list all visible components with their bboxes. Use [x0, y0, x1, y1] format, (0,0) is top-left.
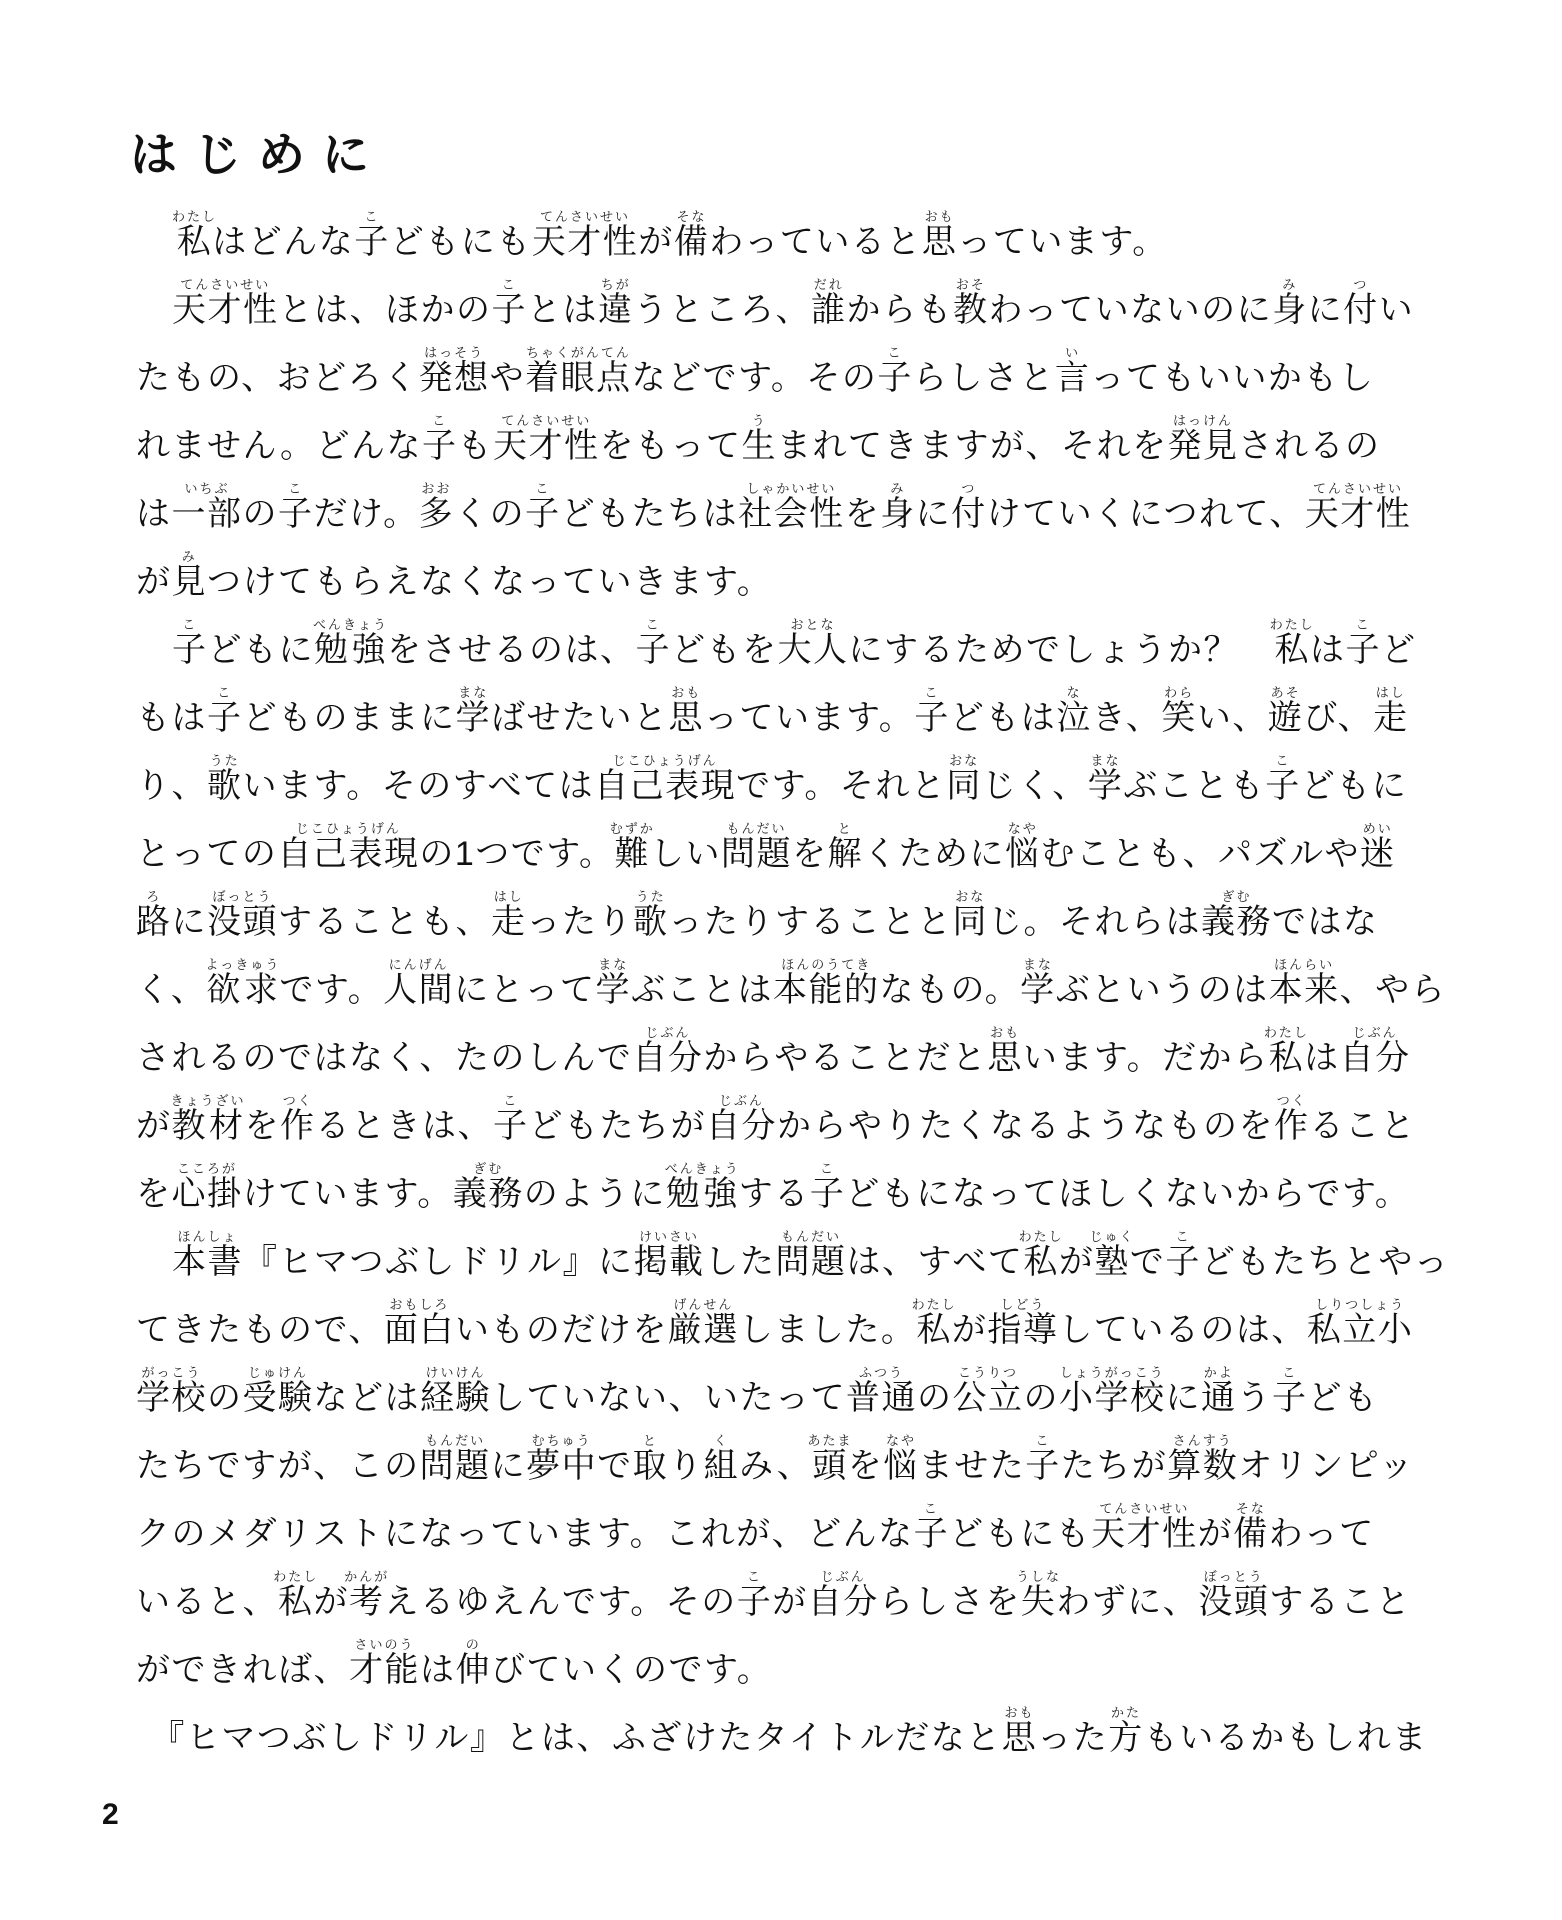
- text-line: たもの、おどろく発想はっそうや着眼点ちゃくがんてんなどです。その子こらしさと言い…: [136, 344, 1446, 412]
- text-line: 本書ほんしょ『ヒマつぶしドリル』に掲載けいさいした問題もんだいは、すべて私わたし…: [136, 1228, 1446, 1296]
- text-segment: ど: [1381, 631, 1417, 669]
- ruby-annotated-word: 歌うた: [207, 767, 243, 805]
- ruby-annotated-word: 心掛こころが: [172, 1175, 243, 1213]
- ruby-annotated-word: 備そな: [674, 223, 710, 261]
- ruby-annotated-word: 私わたし: [1023, 1243, 1059, 1281]
- ruby-annotated-word: 子こ: [1265, 767, 1301, 805]
- ruby-annotated-word: 解と: [828, 835, 864, 873]
- text-line: てきたもので、面白おもしろいものだけを厳選げんせんしました。私わたしが指導しどう…: [136, 1296, 1446, 1364]
- ruby-annotated-word: 子こ: [422, 427, 458, 465]
- text-segment: に: [1166, 1379, 1202, 1417]
- text-segment: ったりすることと: [669, 903, 953, 941]
- text-segment: しい: [650, 835, 721, 873]
- text-segment: は: [1304, 1039, 1340, 1077]
- text-line: されるのではなく、たのしんで自分じぶんからやることだと思おもいます。だから私わた…: [136, 1024, 1446, 1092]
- text-segment: どもにも: [949, 1515, 1091, 1553]
- ruby-annotated-word: 子こ: [1346, 631, 1382, 669]
- text-segment: つけてもらえなくなっていきます。: [207, 563, 772, 601]
- text-segment: が: [136, 1107, 172, 1145]
- text-segment: の: [243, 495, 279, 533]
- text-segment: の1つです。: [419, 835, 614, 873]
- text-segment: する: [739, 1175, 810, 1213]
- ruby-annotated-word: 悩なや: [883, 1447, 919, 1485]
- text-segment: だけ。: [314, 495, 419, 533]
- text-line: り、歌うたいます。そのすべては自己表現じこひょうげんです。それと同おなじく、学ま…: [136, 752, 1446, 820]
- text-segment: に: [491, 1447, 527, 1485]
- ruby-annotated-word: 難むずか: [615, 835, 651, 873]
- text-segment: らしさを: [879, 1583, 1021, 1621]
- text-segment: にとって: [454, 971, 595, 1009]
- ruby-annotated-word: 才能さいのう: [349, 1651, 420, 1689]
- text-segment: どものままに: [243, 699, 456, 737]
- text-segment: もいるかもしれま: [1144, 1719, 1428, 1757]
- ruby-annotated-word: 子こ: [207, 699, 243, 737]
- ruby-annotated-word: 発見はっけん: [1168, 427, 1239, 465]
- ruby-annotated-word: 取と: [633, 1447, 669, 1485]
- text-line: 路ろに没頭ぼっとうすることも、走はしったり歌うたったりすることと同おなじ。それら…: [136, 888, 1446, 956]
- text-segment: います。だから: [1023, 1039, 1269, 1077]
- ruby-annotated-word: 子こ: [278, 495, 314, 533]
- text-segment: ったり: [527, 903, 634, 941]
- ruby-annotated-word: 子こ: [354, 223, 390, 261]
- text-segment: びていくのです。: [491, 1651, 772, 1689]
- ruby-annotated-word: 頭あたま: [812, 1447, 848, 1485]
- text-line: とっての自己表現じこひょうげんの1つです。難むずかしい問題もんだいを解とくために…: [136, 820, 1446, 888]
- ruby-annotated-word: 夢中むちゅう: [526, 1447, 597, 1485]
- ruby-annotated-word: 伸の: [456, 1651, 492, 1689]
- ruby-annotated-word: 学まな: [456, 699, 492, 737]
- ruby-annotated-word: 学まな: [1088, 767, 1124, 805]
- text-segment: は: [1310, 631, 1346, 669]
- ruby-annotated-word: 子こ: [1272, 1379, 1308, 1417]
- text-line: は一部いちぶの子こだけ。多おおくの子こどもたちは社会性しゃかいせいを身みに付つけ…: [136, 480, 1446, 548]
- ruby-annotated-word: 歌うた: [633, 903, 669, 941]
- text-segment: どもに: [1301, 767, 1408, 805]
- book-page: はじめに 私わたしはどんな子こどもにも天才性てんさいせいが備そなわっていると思お…: [0, 0, 1562, 1920]
- text-segment: しました。: [739, 1311, 917, 1349]
- ruby-annotated-word: 生う: [742, 427, 778, 465]
- text-segment: をさせるのは、: [387, 631, 636, 669]
- ruby-annotated-word: 私立小しりつしょう: [1307, 1311, 1414, 1349]
- text-segment: けていくにつれて、: [987, 495, 1305, 533]
- text-segment: くために: [863, 835, 1005, 873]
- ruby-annotated-word: 学まな: [595, 971, 631, 1009]
- text-segment: も: [458, 427, 494, 465]
- text-line: 私わたしはどんな子こどもにも天才性てんさいせいが備そなわっていると思おもっていま…: [136, 208, 1446, 276]
- text-segment: わっていると: [709, 223, 922, 261]
- ruby-annotated-word: 自分じぶん: [1340, 1039, 1411, 1077]
- text-segment: が: [638, 223, 674, 261]
- text-segment: 『ヒマつぶしドリル』に: [243, 1243, 634, 1281]
- text-segment: く、: [136, 971, 206, 1009]
- ruby-annotated-word: 自分じぶん: [706, 1107, 777, 1145]
- text-line: たちですが、この問題もんだいに夢中むちゅうで取とり組くみ、頭あたまを悩なやませた…: [136, 1432, 1446, 1500]
- text-segment: が: [136, 563, 172, 601]
- text-segment: るときは、: [316, 1107, 494, 1145]
- ruby-annotated-word: 公立こうりつ: [953, 1379, 1024, 1417]
- text-segment: わずに、: [1056, 1583, 1198, 1621]
- text-segment: を: [792, 835, 828, 873]
- text-segment: はどんな: [212, 223, 354, 261]
- text-segment: からやりたくなるようなものを: [777, 1107, 1274, 1145]
- text-segment: を: [245, 1107, 281, 1145]
- ruby-annotated-word: 通かよ: [1201, 1379, 1237, 1417]
- text-segment: じく、: [982, 767, 1088, 805]
- ruby-annotated-word: 身み: [1272, 291, 1308, 329]
- ruby-annotated-word: 身み: [880, 495, 916, 533]
- text-segment: き、: [1092, 699, 1162, 737]
- text-segment: にするためでしょうか？: [849, 631, 1275, 669]
- text-segment: み、: [739, 1447, 812, 1485]
- text-segment: からも: [847, 291, 954, 329]
- page-title: はじめに: [130, 118, 386, 185]
- ruby-annotated-word: 作つく: [1274, 1107, 1310, 1145]
- ruby-annotated-word: 天才性てんさいせい: [532, 223, 639, 261]
- ruby-annotated-word: 厳選げんせん: [668, 1311, 739, 1349]
- ruby-annotated-word: 見み: [172, 563, 208, 601]
- text-segment: とっての: [136, 835, 277, 873]
- text-segment: まれてきますが、それを: [777, 427, 1168, 465]
- ruby-annotated-word: 迷めい: [1360, 835, 1396, 873]
- ruby-annotated-word: 言い: [1055, 359, 1091, 397]
- text-line: く、欲求よっきゅうです。人間にんげんにとって学まなぶことは本能的ほんのうてきなも…: [136, 956, 1446, 1024]
- text-segment: を: [136, 1175, 172, 1213]
- ruby-annotated-word: 塾じゅく: [1094, 1243, 1130, 1281]
- ruby-annotated-word: 子こ: [172, 631, 208, 669]
- text-segment: なもの。: [879, 971, 1020, 1009]
- text-line: クのメダリストになっています。これが、どんな子こどもにも天才性てんさいせいが備そ…: [136, 1500, 1446, 1568]
- ruby-annotated-word: 没頭ぼっとう: [207, 903, 278, 941]
- text-segment: されるの: [1239, 427, 1381, 465]
- text-segment: で: [1130, 1243, 1166, 1281]
- ruby-annotated-word: 小学校しょうがっこう: [1059, 1379, 1166, 1417]
- ruby-annotated-word: 着眼点ちゃくがんてん: [525, 359, 632, 397]
- ruby-annotated-word: 自分じぶん: [632, 1039, 703, 1077]
- text-segment: わって: [1269, 1515, 1375, 1553]
- text-segment: もは: [136, 699, 207, 737]
- ruby-annotated-word: 走はし: [491, 903, 527, 941]
- text-line: 『ヒマつぶしドリル』とは、ふざけたタイトルだなと思おもった方かたもいるかもしれま: [136, 1704, 1446, 1772]
- text-segment: うところ、: [634, 291, 812, 329]
- text-segment: たちですが、この: [136, 1447, 420, 1485]
- text-segment: とは: [527, 291, 598, 329]
- text-segment: は: [420, 1651, 456, 1689]
- ruby-annotated-word: 掲載けいさい: [634, 1243, 705, 1281]
- text-line: を心掛こころがけています。義務ぎむのように勉強べんきょうする子こどもになってほし…: [136, 1160, 1446, 1228]
- ruby-annotated-word: 子こ: [737, 1583, 773, 1621]
- text-segment: び、: [1303, 699, 1373, 737]
- text-segment: どもになってほしくないからです。: [845, 1175, 1410, 1213]
- text-segment: や: [490, 359, 526, 397]
- text-line: が教材きょうざいを作つくるときは、子こどもたちが自分じぶんからやりたくなるような…: [136, 1092, 1446, 1160]
- ruby-annotated-word: 面白おもしろ: [384, 1311, 455, 1349]
- text-segment: れません。どんな: [136, 427, 422, 465]
- ruby-annotated-word: 勉強べんきょう: [314, 631, 387, 669]
- ruby-annotated-word: 本来ほんらい: [1269, 971, 1340, 1009]
- text-segment: ること: [1310, 1107, 1417, 1145]
- text-segment: り、: [136, 767, 207, 805]
- ruby-annotated-word: 私わたし: [1269, 1039, 1305, 1077]
- text-segment: ではな: [1272, 903, 1379, 941]
- ruby-annotated-word: 教材きょうざい: [172, 1107, 245, 1145]
- ruby-annotated-word: 教おそ: [953, 291, 989, 329]
- text-line: が見みつけてもらえなくなっていきます。: [136, 548, 1446, 616]
- text-segment: い: [1379, 291, 1415, 329]
- ruby-annotated-word: 欲求よっきゅう: [206, 971, 279, 1009]
- text-segment: ってもいいかもし: [1090, 359, 1374, 397]
- ruby-annotated-word: 違ちが: [598, 291, 634, 329]
- text-segment: などは: [314, 1379, 421, 1417]
- text-segment: ばせたいと: [491, 699, 669, 737]
- text-segment: っています。: [957, 223, 1167, 261]
- ruby-annotated-word: 大人おとな: [778, 631, 849, 669]
- text-segment: くの: [454, 495, 525, 533]
- ruby-annotated-word: 思おも: [987, 1039, 1023, 1077]
- text-segment: どもたちは: [561, 495, 739, 533]
- ruby-annotated-word: 指導しどう: [987, 1311, 1058, 1349]
- ruby-annotated-word: 私わたし: [1275, 631, 1311, 669]
- ruby-annotated-word: 走はし: [1373, 699, 1409, 737]
- ruby-annotated-word: 思おも: [1002, 1719, 1038, 1757]
- ruby-annotated-word: 作つく: [280, 1107, 316, 1145]
- text-segment: に: [916, 495, 952, 533]
- text-segment: ども: [1308, 1379, 1379, 1417]
- ruby-annotated-word: 義務ぎむ: [453, 1175, 524, 1213]
- text-segment: です。それと: [736, 767, 946, 805]
- text-segment: ませた: [919, 1447, 1026, 1485]
- ruby-annotated-word: 同おな: [946, 767, 982, 805]
- ruby-annotated-word: 子こ: [493, 1107, 529, 1145]
- ruby-annotated-word: 自分じぶん: [808, 1583, 879, 1621]
- ruby-annotated-word: 発想はっそう: [419, 359, 490, 397]
- text-segment: からやることだと: [703, 1039, 987, 1077]
- ruby-annotated-word: 社会性しゃかいせい: [738, 495, 845, 533]
- ruby-annotated-word: 本能的ほんのうてき: [773, 971, 880, 1009]
- text-segment: することも、: [278, 903, 491, 941]
- text-segment: です。: [279, 971, 383, 1009]
- ruby-annotated-word: 子こ: [877, 359, 913, 397]
- ruby-annotated-word: 子こ: [492, 291, 528, 329]
- text-segment: っています。: [704, 699, 914, 737]
- ruby-annotated-word: 私わたし: [172, 223, 212, 261]
- text-segment: たもの、おどろく: [136, 359, 419, 397]
- text-segment: ぶことも: [1123, 767, 1265, 805]
- text-segment: ぶというのは: [1056, 971, 1269, 1009]
- body-text: 私わたしはどんな子こどもにも天才性てんさいせいが備そなわっていると思おもっていま…: [136, 208, 1446, 1772]
- ruby-annotated-word: 本書ほんしょ: [172, 1243, 243, 1281]
- text-segment: していない、いたって: [491, 1379, 846, 1417]
- ruby-annotated-word: 子こ: [1025, 1447, 1061, 1485]
- text-segment: のように: [524, 1175, 666, 1213]
- text-segment: どもにも: [390, 223, 532, 261]
- ruby-annotated-word: 路ろ: [136, 903, 172, 941]
- text-line: 子こどもに勉強べんきょうをさせるのは、子こどもを大人おとなにするためでしょうか？…: [136, 616, 1446, 684]
- ruby-annotated-word: 問題もんだい: [721, 835, 792, 873]
- ruby-annotated-word: 天才性てんさいせい: [493, 427, 600, 465]
- text-segment: されるのではなく、たのしんで: [136, 1039, 632, 1077]
- text-line: もは子こどものままに学まなばせたいと思おもっています。子こどもは泣なき、笑わらい…: [136, 684, 1446, 752]
- page-number: 2: [102, 1798, 119, 1832]
- ruby-annotated-word: 自己表現じこひょうげん: [594, 767, 736, 805]
- ruby-annotated-word: 子こ: [525, 495, 561, 533]
- ruby-annotated-word: 一部いちぶ: [172, 495, 243, 533]
- ruby-annotated-word: 多おお: [419, 495, 455, 533]
- text-segment: むことも、パズルや: [1041, 835, 1361, 873]
- ruby-annotated-word: 子こ: [1165, 1243, 1201, 1281]
- text-segment: は: [136, 495, 172, 533]
- text-segment: いると、: [136, 1583, 278, 1621]
- text-segment: どもを: [671, 631, 778, 669]
- text-segment: った: [1037, 1719, 1108, 1757]
- text-segment: などです。その: [632, 359, 878, 397]
- ruby-annotated-word: 没頭ぼっとう: [1198, 1583, 1269, 1621]
- ruby-annotated-word: 子こ: [914, 699, 950, 737]
- text-segment: じ。それらは: [988, 903, 1201, 941]
- text-segment: に: [1308, 291, 1344, 329]
- ruby-annotated-word: 天才性てんさいせい: [172, 291, 279, 329]
- text-segment: で: [597, 1447, 633, 1485]
- text-segment: が: [1198, 1515, 1234, 1553]
- text-segment: が: [1059, 1243, 1095, 1281]
- text-segment: クのメダリストになっています。これが、どんな: [136, 1515, 914, 1553]
- text-segment: らしさと: [913, 359, 1055, 397]
- text-line: ができれば、才能さいのうは伸のびていくのです。: [136, 1636, 1446, 1704]
- text-segment: い、: [1197, 699, 1268, 737]
- text-segment: が: [952, 1311, 988, 1349]
- ruby-annotated-word: 付つ: [1343, 291, 1379, 329]
- text-segment: たちが: [1061, 1447, 1168, 1485]
- text-segment: とは、ほかの: [279, 291, 492, 329]
- text-segment: どもに: [208, 631, 315, 669]
- text-segment: に: [172, 903, 208, 941]
- ruby-annotated-word: 考かんが: [349, 1583, 385, 1621]
- text-segment: の: [207, 1379, 243, 1417]
- text-segment: どもは: [950, 699, 1057, 737]
- ruby-annotated-word: 子こ: [914, 1515, 950, 1553]
- text-segment: います。そのすべては: [243, 767, 595, 805]
- ruby-annotated-word: 誰だれ: [811, 291, 847, 329]
- ruby-annotated-word: 天才性てんさいせい: [1305, 495, 1412, 533]
- text-segment: が: [772, 1583, 808, 1621]
- ruby-annotated-word: 人間にんげん: [383, 971, 454, 1009]
- text-segment: てきたもので、: [136, 1311, 384, 1349]
- text-segment: り: [668, 1447, 704, 1485]
- text-segment: しているのは、: [1058, 1311, 1307, 1349]
- text-line: れません。どんな子こも天才性てんさいせいをもって生うまれてきますが、それを発見は…: [136, 412, 1446, 480]
- ruby-annotated-word: 悩なや: [1005, 835, 1041, 873]
- ruby-annotated-word: 付つ: [951, 495, 987, 533]
- ruby-annotated-word: 同おな: [953, 903, 989, 941]
- ruby-annotated-word: 自己表現じこひょうげん: [277, 835, 419, 873]
- ruby-annotated-word: 算数さんすう: [1167, 1447, 1238, 1485]
- ruby-annotated-word: 子こ: [636, 631, 672, 669]
- ruby-annotated-word: 失うしな: [1021, 1583, 1057, 1621]
- text-line: いると、私わたしが考かんがえるゆえんです。その子こが自分じぶんらしさを失うしなわ…: [136, 1568, 1446, 1636]
- text-segment: 、やら: [1340, 971, 1447, 1009]
- ruby-annotated-word: 泣な: [1056, 699, 1092, 737]
- text-segment: どもたちが: [529, 1107, 707, 1145]
- text-segment: う: [1237, 1379, 1273, 1417]
- text-segment: 『ヒマつぶしドリル』とは、ふざけたタイトルだなと: [150, 1719, 1001, 1757]
- ruby-annotated-word: 子こ: [810, 1175, 846, 1213]
- text-segment: は、すべて: [847, 1243, 1024, 1281]
- ruby-annotated-word: 思おも: [669, 699, 705, 737]
- ruby-annotated-word: 笑わら: [1161, 699, 1197, 737]
- ruby-annotated-word: 学まな: [1020, 971, 1056, 1009]
- ruby-annotated-word: 問題もんだい: [776, 1243, 847, 1281]
- text-line: 天才性てんさいせいとは、ほかの子ことは違ちがうところ、誰だれからも教おそわってい…: [136, 276, 1446, 344]
- text-segment: をもって: [600, 427, 742, 465]
- ruby-annotated-word: 学校がっこう: [136, 1379, 207, 1417]
- ruby-annotated-word: 問題もんだい: [420, 1447, 491, 1485]
- text-segment: わっていないのに: [989, 291, 1273, 329]
- ruby-annotated-word: 備そな: [1233, 1515, 1269, 1553]
- text-segment: えるゆえんです。その: [385, 1583, 737, 1621]
- text-segment: した: [705, 1243, 776, 1281]
- text-segment: すること: [1269, 1583, 1411, 1621]
- ruby-annotated-word: 経験けいけん: [420, 1379, 491, 1417]
- ruby-annotated-word: 勉強べんきょう: [666, 1175, 739, 1213]
- ruby-annotated-word: 遊あそ: [1268, 699, 1304, 737]
- text-segment: いものだけを: [455, 1311, 668, 1349]
- ruby-annotated-word: 普通ふつう: [846, 1379, 917, 1417]
- text-segment: ぶことは: [631, 971, 773, 1009]
- text-segment: の: [917, 1379, 953, 1417]
- text-segment: を: [848, 1447, 884, 1485]
- ruby-annotated-word: 受験じゅけん: [243, 1379, 314, 1417]
- text-segment: けています。: [243, 1175, 453, 1213]
- ruby-annotated-word: 方かた: [1108, 1719, 1144, 1757]
- text-line: 学校がっこうの受験じゅけんなどは経験けいけんしていない、いたって普通ふつうの公立…: [136, 1364, 1446, 1432]
- ruby-annotated-word: 思おも: [922, 223, 958, 261]
- text-segment: どもたちとやっ: [1201, 1243, 1450, 1281]
- ruby-annotated-word: 天才性てんさいせい: [1091, 1515, 1198, 1553]
- text-segment: オリンピッ: [1238, 1447, 1414, 1485]
- text-segment: を: [845, 495, 881, 533]
- ruby-annotated-word: 私わたし: [916, 1311, 952, 1349]
- ruby-annotated-word: 義務ぎむ: [1201, 903, 1272, 941]
- ruby-annotated-word: 組く: [704, 1447, 740, 1485]
- text-segment: ができれば、: [136, 1651, 349, 1689]
- text-segment: の: [1024, 1379, 1060, 1417]
- ruby-annotated-word: 私わたし: [278, 1583, 314, 1621]
